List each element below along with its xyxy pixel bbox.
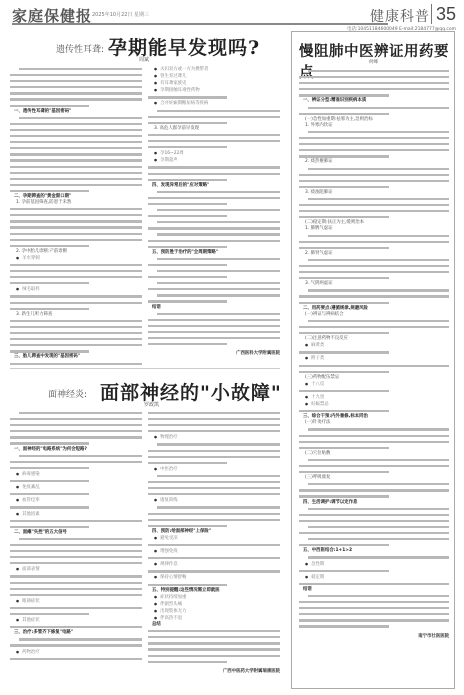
headline-title: 面部神经的"小故障": [100, 378, 282, 405]
bullet-item: 眼部症状: [10, 598, 142, 605]
bullet-item: 增强免疫: [148, 548, 280, 555]
article-credit: 广西中医药大学附属瑞康医院: [148, 669, 280, 675]
bullet-item: 十八反: [299, 381, 449, 388]
bullet-item: 出现肢体无力: [148, 608, 280, 615]
page-number: 35: [431, 4, 456, 24]
bullet-item: 血管痉挛: [10, 497, 142, 504]
bullet-item: 孕期超声: [148, 157, 280, 164]
headline-title: 孕期能早发现吗?: [108, 33, 260, 60]
bullet-item: 症状持续加重: [148, 594, 280, 601]
bullet-item: 妊娠禁忌: [299, 401, 449, 408]
bullet-item: 有耳聋家族史: [148, 80, 280, 87]
bullet-item: 保持心情舒畅: [148, 574, 280, 581]
section-name: 健康科普: [370, 6, 430, 26]
bullet-item: 避免受凉: [148, 535, 280, 542]
article-copd: 慢阻肺中医辨证用药要点 何峰 一、辨证分型:精准识别疾病本质 (一)急性加重期:…: [291, 31, 455, 689]
article-facial: 面神经炎: 面部神经的"小故障" 罗政凯: [10, 375, 285, 409]
headline-kicker: 遗传性耳聋:: [56, 42, 104, 55]
article-column: 一、辨证分型:精准识别疾病本质 (一)急性加重期:祛邪为主,急则治标 1. 外寒…: [299, 68, 449, 640]
masthead-rule: [12, 23, 388, 25]
issue-date: 2025年10月22日 星期三: [92, 11, 149, 18]
article-column: 一、面神经的"电路系统"为何会短路? 病毒感染 免疫紊乱 血管痉挛 其他因素 二…: [10, 410, 142, 690]
bullet-item: 伴剧烈头痛: [148, 601, 280, 608]
bullet-item: 康复训练: [148, 497, 280, 504]
bullet-item: 麻黄类: [299, 342, 449, 349]
article-headline: 面神经炎: 面部神经的"小故障" 罗政凯: [10, 375, 285, 409]
byline: 周斌: [139, 56, 149, 63]
bullet-item: 其他症状: [10, 617, 142, 624]
masthead: 家庭保健报 2025年10月22日 星期三 健康科普 35: [10, 4, 456, 24]
bullet-item: 物理治疗: [148, 434, 280, 441]
hearing-columns: 一、遗传性耳聋的"基因密码" 二、孕期筛查的"黄金窗口期" 1. 孕前基因筛查,…: [10, 66, 280, 366]
bullet-item: 药物治疗: [10, 649, 142, 656]
bullet-item: 伴高热不退: [148, 615, 280, 622]
bullet-item: 附子类: [299, 355, 449, 362]
bullet-item: 孕期接触耳毒性药物: [148, 87, 280, 94]
bullet-item: 面部表情: [10, 566, 142, 573]
bullet-item: 其他因素: [10, 511, 142, 518]
article-column: 物理治疗 中医治疗 康复训练 四、预防:给面部神经"上保险" 避免受凉 增强免疫…: [148, 410, 280, 690]
bullet-item: 合并妊娠期糖尿病等疾病: [148, 100, 280, 107]
bullet-item: 十九畏: [299, 394, 449, 401]
byline: 何峰: [369, 59, 378, 65]
bullet-item: 急性期: [299, 561, 449, 568]
article-credit: 广西医科大学附属医院: [148, 351, 280, 357]
article-headline: 遗传性耳聋: 孕期能早发现吗? 周斌: [10, 30, 285, 64]
article-hearing: 遗传性耳聋: 孕期能早发现吗? 周斌: [10, 30, 285, 64]
bullet-item: 曾生育过聋儿: [148, 73, 280, 80]
byline: 罗政凯: [144, 401, 159, 408]
bullet-item: 规律作息: [148, 561, 280, 568]
facial-columns: 一、面神经的"电路系统"为何会短路? 病毒感染 免疫紊乱 血管痉挛 其他因素 二…: [10, 410, 280, 690]
bullet-item: 羊水穿刺: [10, 255, 142, 262]
article-credit: 南宁市壮医医院: [299, 634, 449, 640]
bullet-item: 免疫紊乱: [10, 484, 142, 491]
bullet-item: 孕16~22周: [148, 150, 280, 157]
bullet-item: 病毒感染: [10, 471, 142, 478]
bullet-item: 稳定期: [299, 574, 449, 581]
article-divider: [10, 368, 280, 369]
bullet-item: 绒毛取样: [10, 286, 142, 293]
headline-kicker: 面神经炎:: [48, 387, 87, 400]
article-column: 夫妇双方或一方为携带者 曾生育过聋儿 有耳聋家族史 孕期接触耳毒性药物 合并妊娠…: [148, 66, 280, 366]
bullet-item: 夫妇双方或一方为携带者: [148, 66, 280, 73]
article-column: 一、遗传性耳聋的"基因密码" 二、孕期筛查的"黄金窗口期" 1. 孕前基因筛查,…: [10, 66, 142, 366]
bullet-item: 中医治疗: [148, 466, 280, 473]
